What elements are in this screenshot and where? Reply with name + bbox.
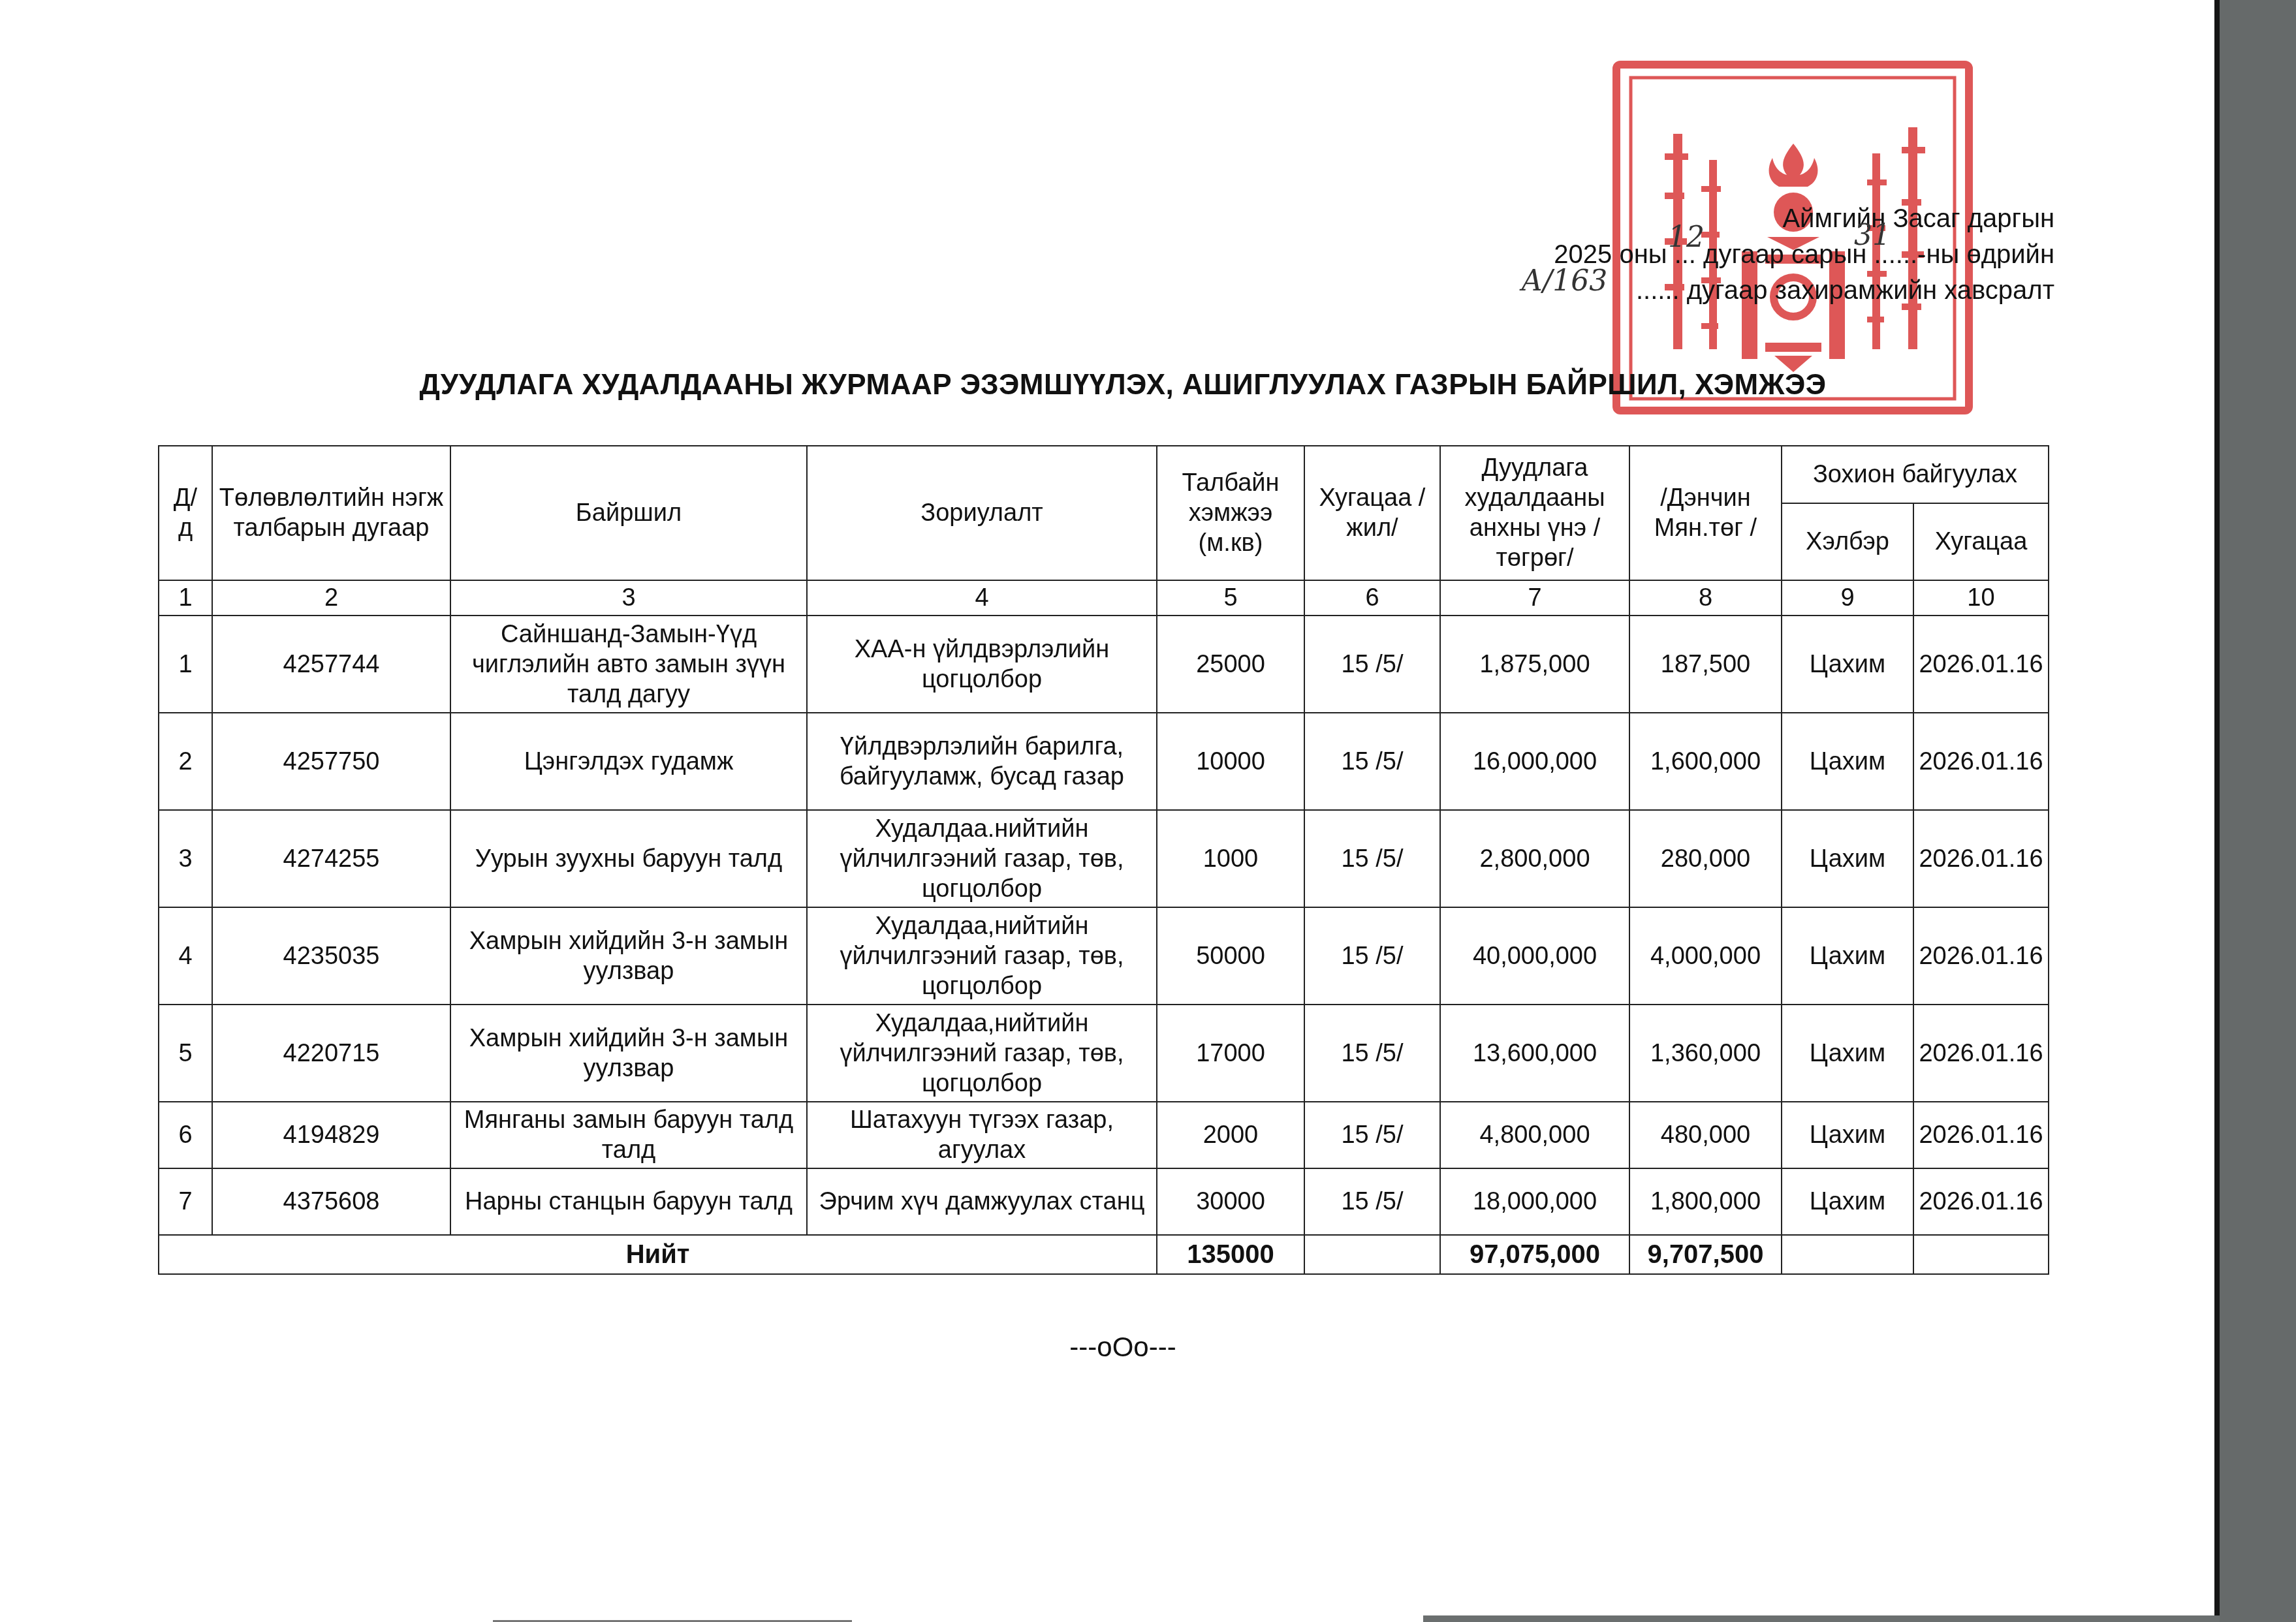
cell-deadline: 2026.01.16: [1913, 713, 2049, 810]
cell-deposit: 480,000: [1629, 1102, 1782, 1168]
column-number: 6: [1304, 580, 1440, 616]
cell-parcel: 4274255: [212, 810, 450, 907]
cell-deadline: 2026.01.16: [1913, 616, 2049, 713]
total-area: 135000: [1157, 1235, 1304, 1274]
column-number: 7: [1440, 580, 1629, 616]
handwritten-day: 31: [1854, 219, 1891, 252]
cell-start-price: 4,800,000: [1440, 1102, 1629, 1168]
header-purpose: Зориулалт: [807, 446, 1157, 580]
column-number: 9: [1782, 580, 1913, 616]
header-deposit: /Дэнчин Мян.төг /: [1629, 446, 1782, 580]
cell-no: 7: [159, 1168, 212, 1235]
cell-term: 15 /5/: [1304, 1102, 1440, 1168]
cell-term: 15 /5/: [1304, 810, 1440, 907]
cell-deadline: 2026.01.16: [1913, 907, 2049, 1005]
land-auction-table: Д/ д Төлөвлөлтийн нэгж талбарын дугаар Б…: [158, 445, 2049, 1275]
total-form: [1782, 1235, 1913, 1274]
cell-deposit: 280,000: [1629, 810, 1782, 907]
cell-deposit: 1,600,000: [1629, 713, 1782, 810]
cell-deadline: 2026.01.16: [1913, 1168, 2049, 1235]
cell-start-price: 18,000,000: [1440, 1168, 1629, 1235]
table-row: 14257744Сайншанд-Замын-Үүд чиглэлийн авт…: [159, 616, 2049, 713]
cell-deposit: 4,000,000: [1629, 907, 1782, 1005]
cell-location: Хамрын хийдийн 3-н замын уулзвар: [450, 1005, 807, 1102]
column-number: 3: [450, 580, 807, 616]
cell-form: Цахим: [1782, 616, 1913, 713]
cell-start-price: 2,800,000: [1440, 810, 1629, 907]
column-number: 1: [159, 580, 212, 616]
total-term: [1304, 1235, 1440, 1274]
cell-location: Уурын зуухны баруун талд: [450, 810, 807, 907]
cell-start-price: 13,600,000: [1440, 1005, 1629, 1102]
header-start-price: Дуудлага худалдааны анхны үнэ /төгрөг/: [1440, 446, 1629, 580]
cell-location: Сайншанд-Замын-Үүд чиглэлийн авто замын …: [450, 616, 807, 713]
column-number: 8: [1629, 580, 1782, 616]
cell-form: Цахим: [1782, 1168, 1913, 1235]
handwritten-order-number: А/163: [1521, 264, 1607, 298]
cell-parcel: 4375608: [212, 1168, 450, 1235]
table-row: 54220715Хамрын хийдийн 3-н замын уулзвар…: [159, 1005, 2049, 1102]
attachment-line-1: Аймгийн Засаг даргын: [1554, 201, 2054, 237]
cell-location: Мянганы замын баруун талд талд: [450, 1102, 807, 1168]
scanner-edge-bottom: [1423, 1615, 2220, 1622]
cell-area: 17000: [1157, 1005, 1304, 1102]
cell-term: 15 /5/: [1304, 1005, 1440, 1102]
cell-deadline: 2026.01.16: [1913, 1005, 2049, 1102]
scanner-edge: [2214, 0, 2296, 1622]
cell-deposit: 1,800,000: [1629, 1168, 1782, 1235]
table-row: 44235035Хамрын хийдийн 3-н замын уулзвар…: [159, 907, 2049, 1005]
cell-start-price: 1,875,000: [1440, 616, 1629, 713]
cell-no: 6: [159, 1102, 212, 1168]
cell-no: 2: [159, 713, 212, 810]
cell-area: 1000: [1157, 810, 1304, 907]
attachment-line-2: 2025 оны ... дугаар сарын ......-ны өдри…: [1554, 237, 2054, 273]
cell-form: Цахим: [1782, 1102, 1913, 1168]
cell-no: 4: [159, 907, 212, 1005]
cell-parcel: 4235035: [212, 907, 450, 1005]
cell-no: 5: [159, 1005, 212, 1102]
cell-purpose: Үйлдвэрлэлийн барилга, байгууламж, бусад…: [807, 713, 1157, 810]
table-row: 34274255Уурын зуухны баруун талдХудалдаа…: [159, 810, 2049, 907]
cell-area: 50000: [1157, 907, 1304, 1005]
header-parcel: Төлөвлөлтийн нэгж талбарын дугаар: [212, 446, 450, 580]
table-row: 24257750Цэнгэлдэх гудамжҮйлдвэрлэлийн ба…: [159, 713, 2049, 810]
header-term: Хугацаа /жил/: [1304, 446, 1440, 580]
cell-parcel: 4257744: [212, 616, 450, 713]
cell-deposit: 187,500: [1629, 616, 1782, 713]
cell-area: 25000: [1157, 616, 1304, 713]
cell-location: Хамрын хийдийн 3-н замын уулзвар: [450, 907, 807, 1005]
cell-deadline: 2026.01.16: [1913, 1102, 2049, 1168]
header-no: Д/ д: [159, 446, 212, 580]
handwritten-month: 12: [1668, 221, 1705, 254]
cell-form: Цахим: [1782, 713, 1913, 810]
cell-purpose: Худалдаа.нийтийн үйлчилгээний газар, төв…: [807, 810, 1157, 907]
cell-area: 30000: [1157, 1168, 1304, 1235]
cell-location: Цэнгэлдэх гудамж: [450, 713, 807, 810]
attachment-line-3: ...... дугаар захирамжийн хавсралт: [1554, 273, 2054, 309]
cell-term: 15 /5/: [1304, 1168, 1440, 1235]
total-label: Нийт: [159, 1235, 1157, 1274]
cell-purpose: Худалдаа,нийтийн үйлчилгээний газар, төв…: [807, 1005, 1157, 1102]
cell-purpose: Эрчим хүч дамжуулах станц: [807, 1168, 1157, 1235]
document-title: ДУУДЛАГА ХУДАЛДААНЫ ЖУРМААР ЭЗЭМШҮҮЛЭХ, …: [0, 369, 2246, 401]
cell-term: 15 /5/: [1304, 713, 1440, 810]
table-row: 64194829Мянганы замын баруун талд талдШа…: [159, 1102, 2049, 1168]
cell-form: Цахим: [1782, 907, 1913, 1005]
cell-deposit: 1,360,000: [1629, 1005, 1782, 1102]
cell-purpose: Шатахуун түгээх газар, агуулах: [807, 1102, 1157, 1168]
cell-no: 1: [159, 616, 212, 713]
cell-area: 10000: [1157, 713, 1304, 810]
header-location: Байршил: [450, 446, 807, 580]
attachment-note: Аймгийн Засаг даргын 2025 оны ... дугаар…: [1554, 201, 2054, 309]
column-number: 2: [212, 580, 450, 616]
column-number: 4: [807, 580, 1157, 616]
column-number: 5: [1157, 580, 1304, 616]
header-deadline: Хугацаа: [1913, 503, 2049, 580]
cell-parcel: 4194829: [212, 1102, 450, 1168]
cell-deadline: 2026.01.16: [1913, 810, 2049, 907]
cell-purpose: ХАА-н үйлдвэрлэлийн цогцолбор: [807, 616, 1157, 713]
cell-form: Цахим: [1782, 810, 1913, 907]
header-area: Талбайн хэмжээ (м.кв): [1157, 446, 1304, 580]
cell-area: 2000: [1157, 1102, 1304, 1168]
table-row: 74375608Нарны станцын баруун талдЭрчим х…: [159, 1168, 2049, 1235]
total-deadline: [1913, 1235, 2049, 1274]
cell-term: 15 /5/: [1304, 616, 1440, 713]
header-form: Хэлбэр: [1782, 503, 1913, 580]
column-number-row: 12345678910: [159, 580, 2049, 616]
end-mark: ---oOo---: [0, 1332, 2246, 1363]
total-row: Нийт 135000 97,075,000 9,707,500: [159, 1235, 2049, 1274]
cell-location: Нарны станцын баруун талд: [450, 1168, 807, 1235]
cell-start-price: 16,000,000: [1440, 713, 1629, 810]
column-number: 10: [1913, 580, 2049, 616]
total-deposit: 9,707,500: [1629, 1235, 1782, 1274]
cell-start-price: 40,000,000: [1440, 907, 1629, 1005]
cell-term: 15 /5/: [1304, 907, 1440, 1005]
cell-form: Цахим: [1782, 1005, 1913, 1102]
cell-no: 3: [159, 810, 212, 907]
cell-parcel: 4220715: [212, 1005, 450, 1102]
header-organize: Зохион байгуулах: [1782, 446, 2049, 503]
cell-purpose: Худалдаа,нийтийн үйлчилгээний газар, төв…: [807, 907, 1157, 1005]
cell-parcel: 4257750: [212, 713, 450, 810]
total-start-price: 97,075,000: [1440, 1235, 1629, 1274]
